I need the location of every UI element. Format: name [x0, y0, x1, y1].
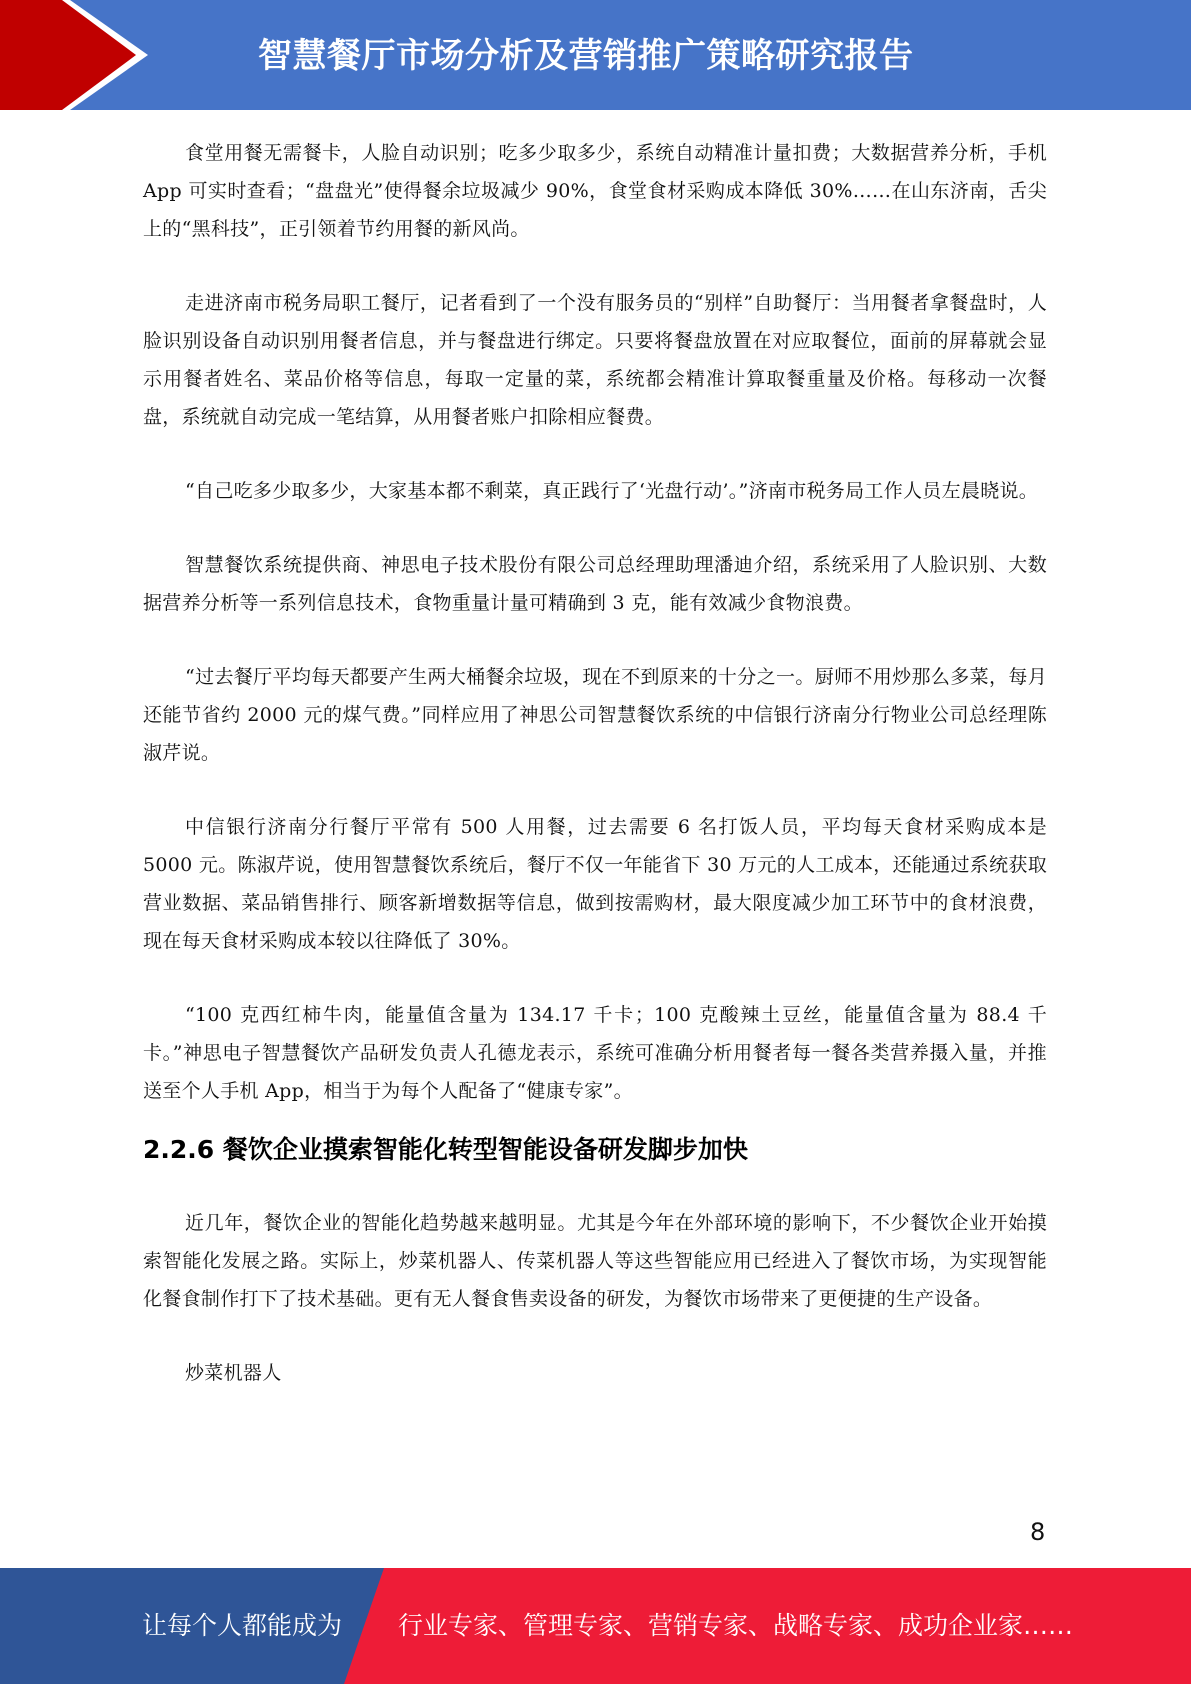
paragraph: 走进济南市税务局职工餐厅，记者看到了一个没有服务员的“别样”自助餐厅：当用餐者拿…: [143, 284, 1047, 436]
page-footer-banner: 让每个人都能成为 行业专家、管理专家、营销专家、战略专家、成功企业家……: [0, 1568, 1191, 1684]
paragraph: 近几年，餐饮企业的智能化趋势越来越明显。尤其是今年在外部环境的影响下，不少餐饮企…: [143, 1204, 1047, 1318]
paragraph: “过去餐厅平均每天都要产生两大桶餐余垃圾，现在不到原来的十分之一。厨师不用炒那么…: [143, 658, 1047, 772]
footer-slogan-right: 行业专家、管理专家、营销专家、战略专家、成功企业家……: [398, 1606, 1073, 1642]
footer-slogan-left: 让每个人都能成为: [142, 1606, 342, 1642]
paragraph: 智慧餐饮系统提供商、神思电子技术股份有限公司总经理助理潘迪介绍，系统采用了人脸识…: [143, 546, 1047, 622]
document-body: 食堂用餐无需餐卡，人脸自动识别；吃多少取多少，系统自动精准计量扣费；大数据营养分…: [143, 134, 1047, 1428]
page-number: 8: [1030, 1518, 1045, 1546]
paragraph: “100 克西红柿牛肉，能量值含量为 134.17 千卡；100 克酸辣土豆丝，…: [143, 996, 1047, 1110]
paragraph: 食堂用餐无需餐卡，人脸自动识别；吃多少取多少，系统自动精准计量扣费；大数据营养分…: [143, 134, 1047, 248]
paragraph: 炒菜机器人: [143, 1354, 1047, 1392]
page-header-banner: 智慧餐厅市场分析及营销推广策略研究报告: [0, 0, 1191, 110]
report-title: 智慧餐厅市场分析及营销推广策略研究报告: [258, 28, 914, 77]
paragraph: “自己吃多少取多少，大家基本都不剩菜，真正践行了‘光盘行动’。”济南市税务局工作…: [143, 472, 1047, 510]
paragraph: 中信银行济南分行餐厅平常有 500 人用餐，过去需要 6 名打饭人员，平均每天食…: [143, 808, 1047, 960]
section-heading: 2.2.6 餐饮企业摸索智能化转型智能设备研发脚步加快: [143, 1130, 1047, 1170]
